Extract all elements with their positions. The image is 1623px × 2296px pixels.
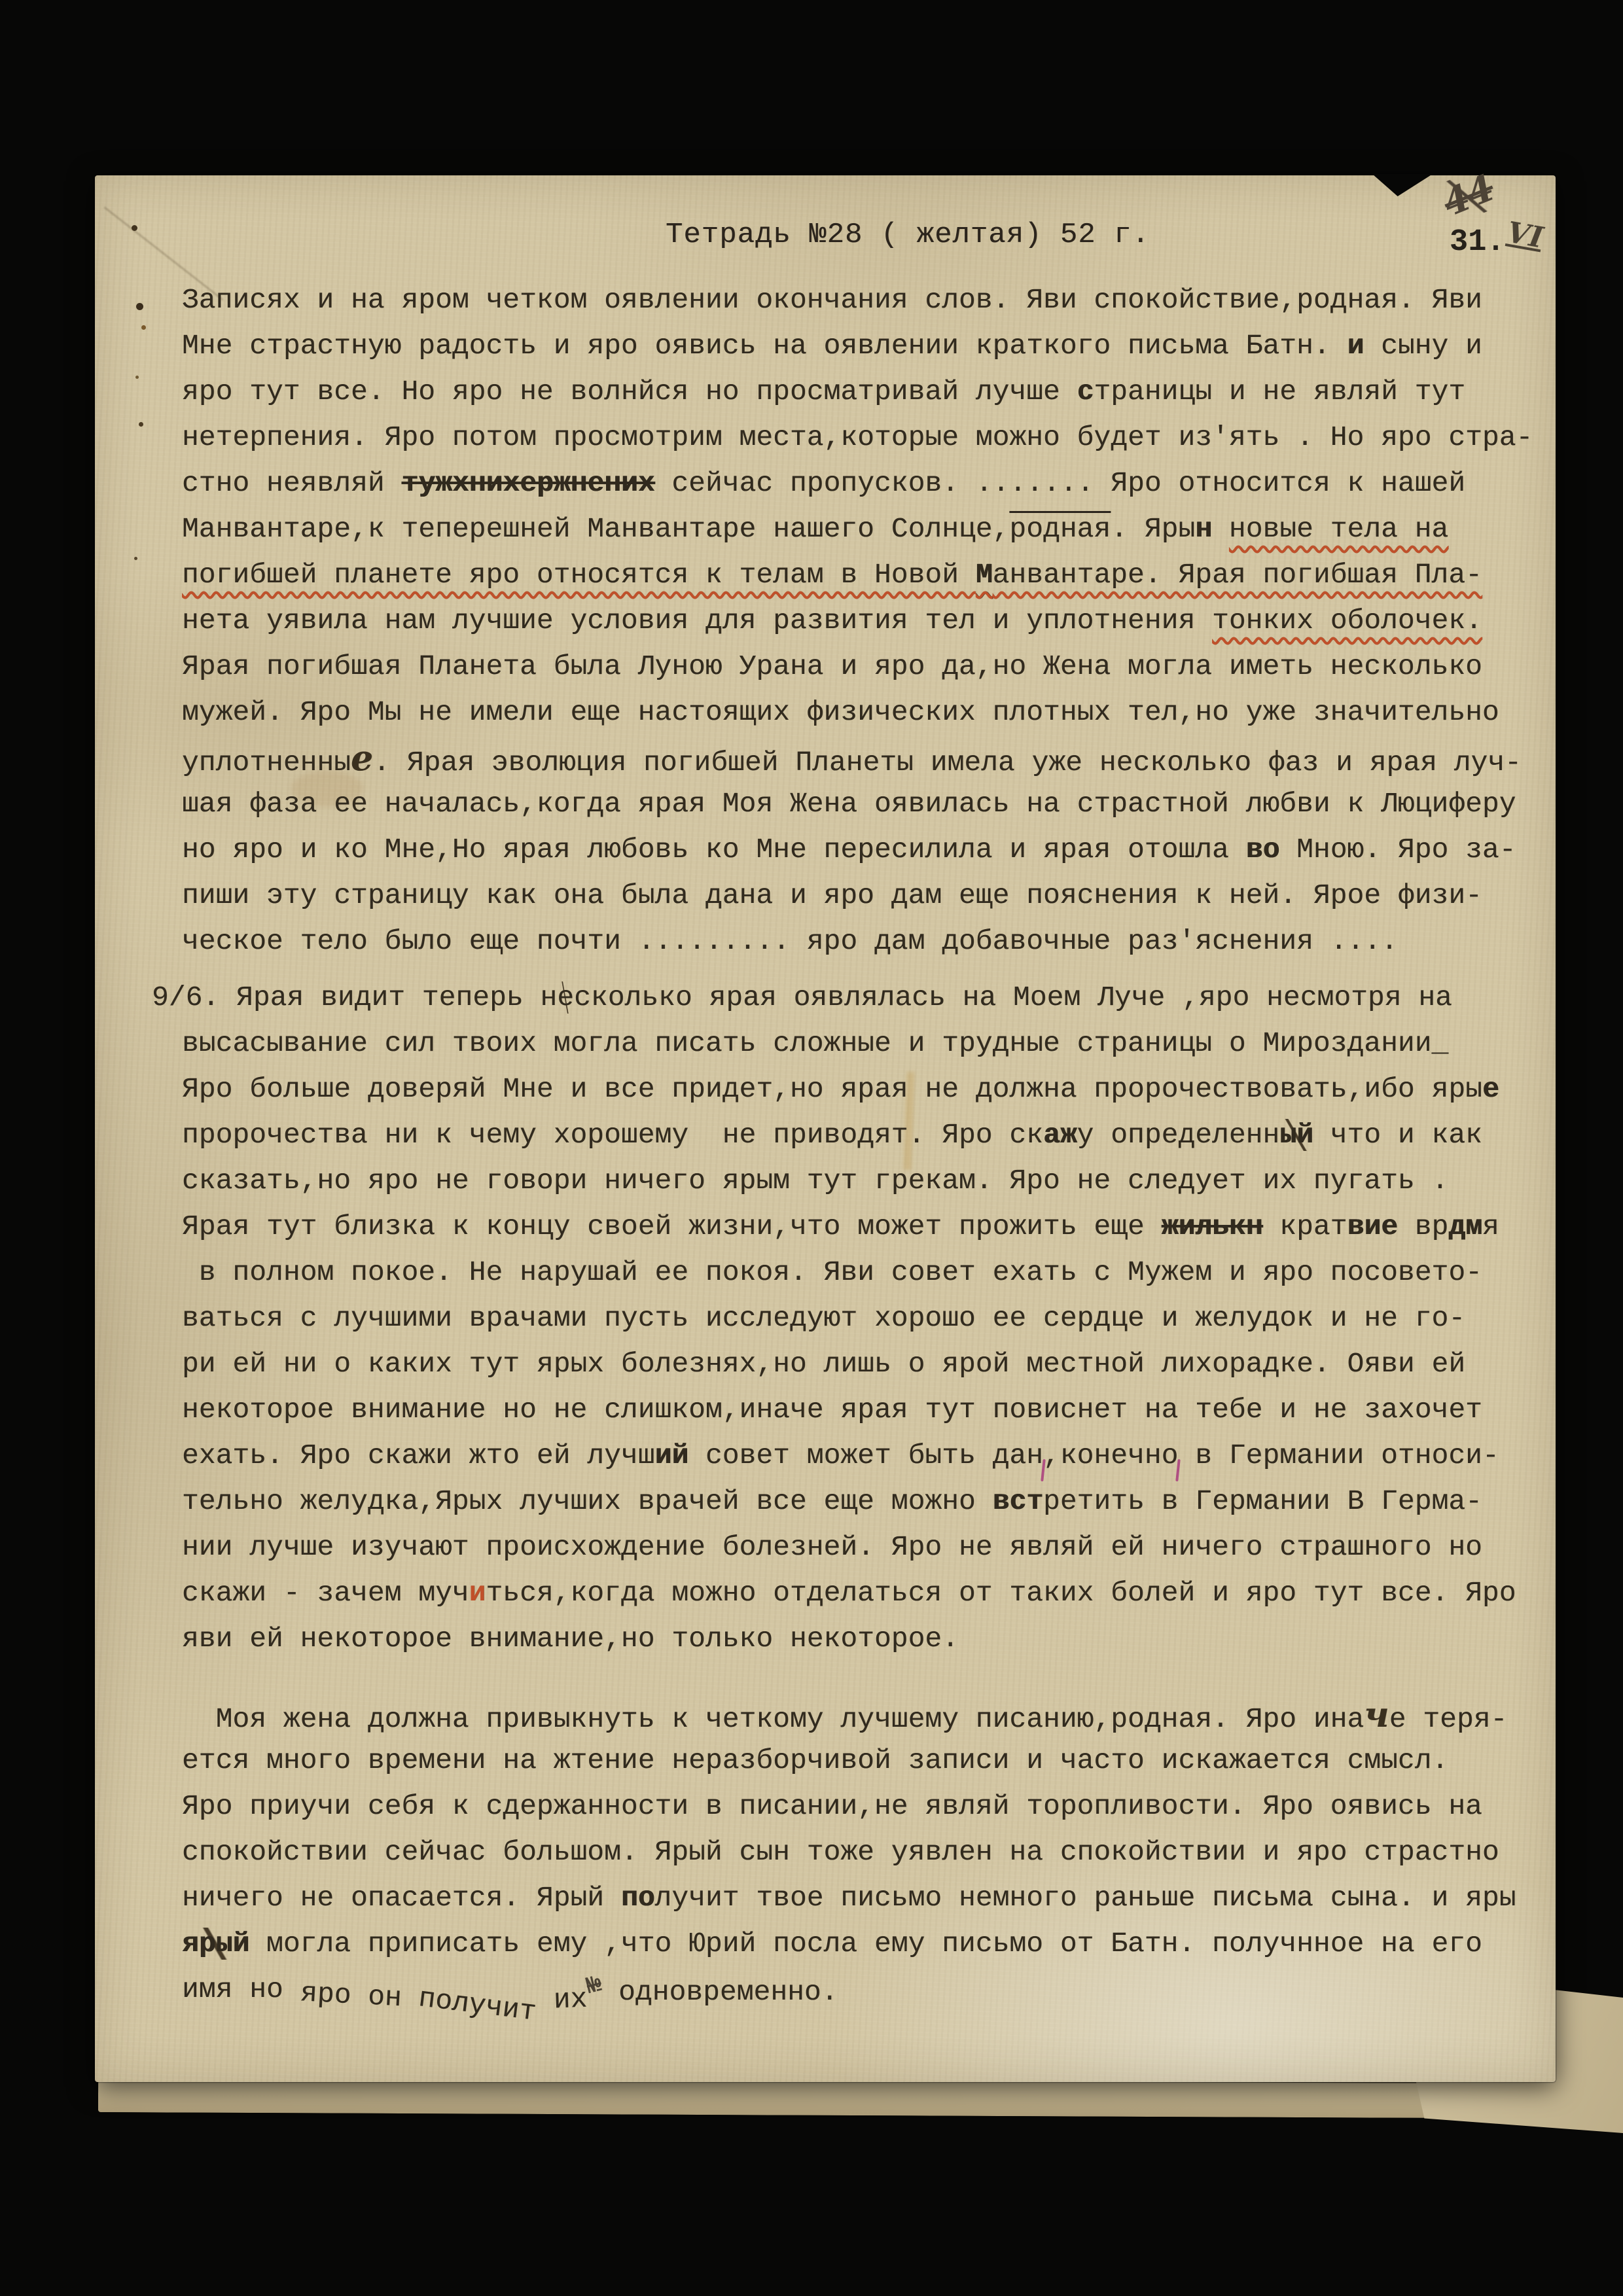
text-run: высасывание сил твоих могла писать сложн…	[182, 1027, 1448, 1059]
text-run: е	[557, 981, 574, 1014]
text-run: ретить в Германии В Герма-	[1043, 1485, 1482, 1517]
text-line: Ярая тут близка к концу своей жизни,что …	[182, 1204, 1550, 1250]
text-line: Моя жена должна привыкнуть к четкому луч…	[182, 1692, 1550, 1738]
text-run: с	[1077, 376, 1094, 408]
text-run: Яро больше доверяй Мне и все придет,но я…	[182, 1073, 1482, 1105]
text-run: вр	[1398, 1210, 1448, 1243]
text-run: аж	[1043, 1119, 1077, 1151]
text-run: но яро и ко Мне,Но ярая любовь ко Мне пе…	[182, 834, 1246, 866]
text-line: пророчества ни к чему хорошему не привод…	[182, 1112, 1550, 1158]
text-run: сыну и	[1364, 330, 1482, 362]
text-line: высасывание сил твоих могла писать сложн…	[182, 1021, 1550, 1067]
text-run: и	[469, 1577, 486, 1609]
text-line: пиши эту страницу как она была дана и яр…	[182, 873, 1550, 919]
text-run: могла приписать ему ,что Юрий посла ему …	[249, 1928, 1482, 1960]
text-run: у определенн	[1077, 1119, 1280, 1151]
text-line: имя но яро он получит их№ одновременно.	[182, 1967, 1550, 2013]
text-line: погибшей планете яро относятся к телам в…	[182, 552, 1550, 598]
text-line: яви ей некоторое внимание,но только неко…	[182, 1616, 1550, 1662]
text-run: Ярая тут близка к концу своей жизни,что …	[182, 1210, 1162, 1243]
paragraph-2: 9/6. Ярая видит теперь несколько ярая оя…	[182, 975, 1550, 1662]
text-run: ри ей ни о каких тут ярых болезнях,но ли…	[182, 1348, 1465, 1380]
paragraph-3: Моя жена должна привыкнуть к четкому луч…	[182, 1692, 1550, 2013]
text-run: Манвантаре,к теперешней Манвантаре нашег…	[182, 513, 1009, 545]
text-run: ехать. Яро скажи жто ей лучш	[182, 1439, 655, 1472]
torn-corner-notch	[1372, 174, 1433, 196]
text-run: тельно желудка,Ярых лучших врачей все ещ…	[182, 1485, 993, 1517]
text-run: ется много времени на жтение неразборчив…	[182, 1744, 1448, 1776]
text-run: в Германии относи-	[1178, 1439, 1499, 1472]
text-run: нетерпения. Яро потом просмотрим места,к…	[182, 421, 1533, 453]
text-run: получит	[416, 1975, 539, 2035]
notebook-title: Тетрадь №28 ( желтая) 52 г.	[666, 219, 1150, 251]
text-run: жилькн	[1162, 1210, 1263, 1243]
paragraph-1: Записях и на яром четком оявлении оконча…	[182, 277, 1550, 964]
text-line: Мне страстную радость и яро оявись на оя…	[182, 323, 1550, 369]
text-run: сейчас пропусков. ....... Яро относится …	[655, 467, 1466, 499]
text-line: ехать. Яро скажи жто ей лучший совет мож…	[182, 1433, 1550, 1479]
text-line: в полном покое. Не нарушай ее покоя. Яви…	[182, 1250, 1550, 1296]
text-line: Записях и на яром четком оявлении оконча…	[182, 277, 1550, 323]
text-run: . Яры	[1111, 513, 1195, 545]
text-line: ваться с лучшими врачами пусть исследуют…	[182, 1296, 1550, 1341]
text-run: я	[1482, 1210, 1499, 1243]
text-line: Яро больше доверяй Мне и все придет,но я…	[182, 1067, 1550, 1112]
text-run: е	[1482, 1073, 1499, 1105]
text-run: траницы и не являй тут	[1094, 376, 1465, 408]
text-line: ческое тело было еще почти ......... яро…	[182, 919, 1550, 964]
text-run: н	[1195, 513, 1212, 545]
text-run: по	[621, 1882, 655, 1914]
text-run: одновременно.	[601, 1969, 838, 2015]
text-run: яро тут все. Но яро не волнйся но просма…	[182, 376, 1077, 408]
text-run: яви ей некоторое внимание,но только неко…	[182, 1623, 959, 1655]
text-line: ярый могла приписать ему ,что Юрий посла…	[182, 1921, 1550, 1967]
text-run: пророчества ни к чему хорошему не привод…	[182, 1119, 1043, 1151]
text-run: мужей. Яро Мы не имели еще настоящих физ…	[182, 696, 1499, 728]
text-run: Мною. Яро за-	[1279, 834, 1516, 866]
text-run: их	[536, 1977, 588, 2024]
text-run: лучит твое письмо немного раньше письма …	[655, 1882, 1516, 1914]
text-run: вст	[993, 1485, 1043, 1517]
text-run: яро он	[299, 1970, 419, 2022]
text-run: Яро приучи себя к сдержанности в писании…	[182, 1790, 1482, 1822]
text-run: ческое тело было еще почти ......... яро…	[182, 925, 1398, 957]
text-run: во	[1246, 834, 1280, 866]
text-run: ч	[1364, 1694, 1389, 1735]
text-run: погибшей планете яро относятся к телам в…	[182, 559, 976, 591]
photo-background: Тетрадь №28 ( желтая) 52 г. 44 31. VI За…	[0, 0, 1623, 2296]
text-line: стно неявляй тужхнихержнених сейчас проп…	[182, 461, 1550, 506]
text-run: шая фаза ее началась,когда ярая Моя Жена…	[182, 788, 1516, 820]
text-line: яро тут все. Но яро не волнйся но просма…	[182, 369, 1550, 415]
text-body: Записях и на яром четком оявлении оконча…	[182, 277, 1550, 2013]
text-run: Ярая погибшая Планета была Луною Урана и…	[182, 650, 1482, 682]
text-run: уплотненны	[182, 747, 351, 779]
text-run: ий	[655, 1439, 689, 1472]
text-run: Мне страстную радость и яро оявись на оя…	[182, 330, 1347, 362]
text-run: ый	[1279, 1119, 1313, 1151]
text-line: тельно желудка,Ярых лучших врачей все ещ…	[182, 1479, 1550, 1525]
text-run: вие	[1347, 1210, 1398, 1243]
text-run: ваться с лучшими врачами пусть исследуют…	[182, 1302, 1465, 1334]
text-run: совет может быть дан	[688, 1439, 1043, 1472]
text-run: нии лучше изучают происхождение болезней…	[182, 1531, 1482, 1563]
text-run: и	[1347, 330, 1364, 362]
text-run: скажи - зачем муч	[182, 1577, 469, 1609]
text-run: ться,когда можно отделаться от таких бол…	[486, 1577, 1516, 1609]
text-run: спокойствии сейчас большом. Ярый сын тож…	[182, 1836, 1499, 1868]
text-run: 9/6. Ярая видит теперь н	[152, 981, 557, 1014]
text-line: спокойствии сейчас большом. Ярый сын тож…	[182, 1829, 1550, 1875]
text-run: пиши эту страницу как она была дана и яр…	[182, 879, 1482, 911]
text-line: ется много времени на жтение неразборчив…	[182, 1738, 1550, 1784]
text-line: нетерпения. Яро потом просмотрим места,к…	[182, 415, 1550, 461]
handwritten-page-suffix: VI	[1505, 216, 1546, 255]
text-line: мужей. Яро Мы не имели еще настоящих физ…	[182, 690, 1550, 735]
text-run: стно неявляй	[182, 467, 401, 499]
text-run: нета уявила нам лучшие условия для разви…	[182, 605, 1212, 637]
text-line: Ярая погибшая Планета была Луною Урана и…	[182, 644, 1550, 690]
text-line: некоторое внимание но не слишком,иначе я…	[182, 1387, 1550, 1433]
text-run: имя но	[182, 1973, 300, 2005]
text-line: скажи - зачем мучиться,когда можно отдел…	[182, 1570, 1550, 1616]
text-run: в полном покое. Не нарушай ее покоя. Яви…	[182, 1256, 1482, 1288]
text-line: но яро и ко Мне,Но ярая любовь ко Мне пе…	[182, 827, 1550, 873]
text-run: некоторое внимание но не слишком,иначе я…	[182, 1394, 1482, 1426]
text-line: шая фаза ее началась,когда ярая Моя Жена…	[182, 781, 1550, 827]
text-run: ,конечно	[1043, 1439, 1178, 1472]
handwritten-crossed-number: 44	[1436, 166, 1500, 225]
manuscript-page: Тетрадь №28 ( желтая) 52 г. 44 31. VI За…	[95, 175, 1556, 2082]
text-run: что и как	[1313, 1119, 1482, 1151]
text-run: Моя жена должна привыкнуть к четкому луч…	[182, 1703, 1364, 1735]
text-run: е	[351, 737, 373, 779]
text-run: М	[976, 559, 993, 591]
page-number: 31.	[1450, 225, 1505, 260]
text-line: Яро приучи себя к сдержанности в писании…	[182, 1784, 1550, 1829]
text-run: тужхнихержнених	[401, 467, 654, 499]
text-run: крат	[1262, 1210, 1347, 1243]
text-line: Манвантаре,к теперешней Манвантаре нашег…	[182, 506, 1550, 552]
text-run: сказать,но яро не говори ничего ярым тут…	[182, 1165, 1448, 1197]
text-run: дм	[1448, 1210, 1482, 1243]
text-line: 9/6. Ярая видит теперь несколько ярая оя…	[152, 975, 1550, 1021]
text-line: сказать,но яро не говори ничего ярым тут…	[182, 1158, 1550, 1204]
text-line: нета уявила нам лучшие условия для разви…	[182, 598, 1550, 644]
text-run: . Ярая эволюция погибшей Планеты имела у…	[373, 747, 1522, 779]
text-run: Записях и на яром четком оявлении оконча…	[182, 284, 1482, 316]
text-line: ничего не опасается. Ярый получит твое п…	[182, 1875, 1550, 1921]
text-run: ничего не опасается. Ярый	[182, 1882, 621, 1914]
text-run: ярый	[182, 1928, 249, 1960]
text-line: нии лучше изучают происхождение болезней…	[182, 1525, 1550, 1570]
text-run	[1212, 513, 1229, 545]
text-run: е теря-	[1389, 1703, 1508, 1735]
text-run: родная	[1009, 513, 1111, 545]
text-run: анвантаре. Ярая погибшая Пла-	[993, 559, 1482, 591]
text-line: уплотненные. Ярая эволюция погибшей План…	[182, 735, 1550, 781]
text-run: тонких оболочек.	[1212, 605, 1482, 637]
paper-specks	[132, 225, 137, 231]
text-run: новые тела на	[1229, 513, 1448, 545]
text-line: ри ей ни о каких тут ярых болезнях,но ли…	[182, 1341, 1550, 1387]
text-run: сколько ярая оявлялась на Моем Луче ,яро…	[574, 981, 1452, 1014]
